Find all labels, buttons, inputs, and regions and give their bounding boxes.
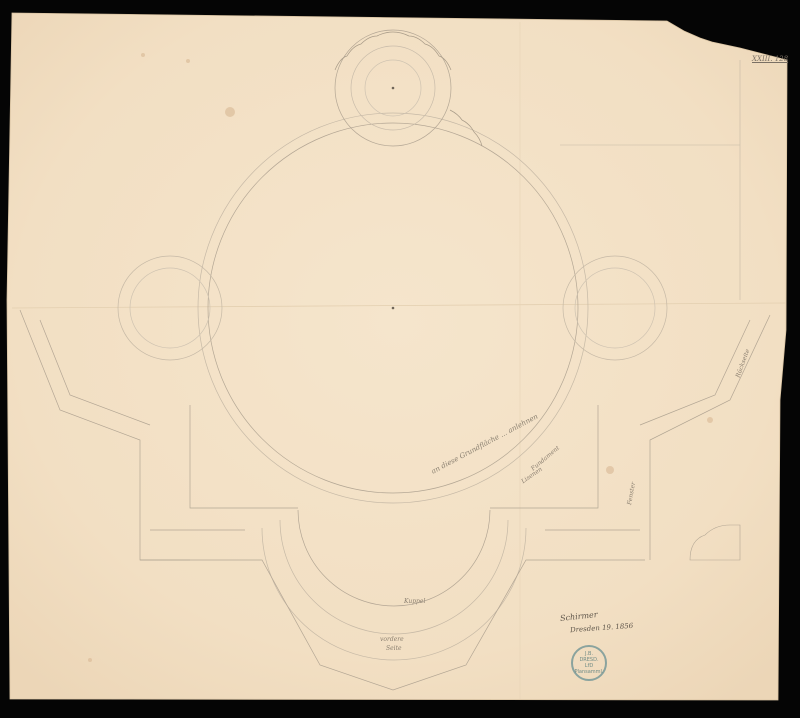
archive-stamp: J.B. DRESD. LfD Plansamml. xyxy=(571,645,607,681)
scan-background: XXIII. 128 Schirmer Dresden 19. 1856 an … xyxy=(0,0,800,718)
archive-reference: XXIII. 128 xyxy=(752,55,788,63)
stamp-line-4: Plansamml. xyxy=(574,669,603,675)
bottom-label-1: vordere xyxy=(380,636,404,643)
center-bottom-label: Kuppel xyxy=(404,598,425,605)
drawing-sheet xyxy=(0,0,800,718)
bottom-label-2: Seite xyxy=(386,645,402,652)
